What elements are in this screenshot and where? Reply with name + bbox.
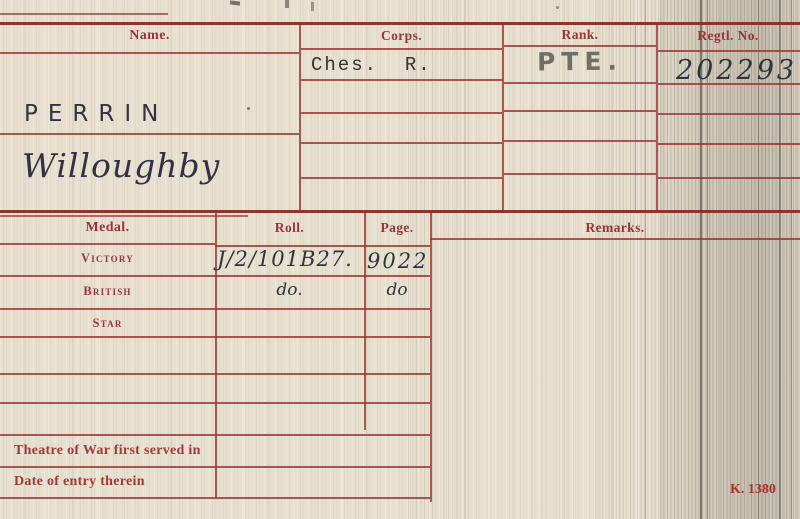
rule-line — [0, 52, 299, 54]
theatre-of-war-label: Theatre of War first served in — [14, 443, 201, 459]
ink-mark — [247, 107, 250, 110]
rule-line — [0, 497, 430, 499]
rule-line — [504, 140, 656, 142]
divider-rank-regtl — [656, 25, 658, 210]
scan-line — [645, 0, 646, 519]
roll-column-header: Roll. — [215, 220, 364, 236]
medal-column-header: Medal. — [0, 220, 215, 236]
medal-row-british: British — [0, 284, 215, 299]
section-divider — [0, 210, 800, 213]
medal-row-star: Star — [0, 316, 215, 331]
rule-line — [0, 373, 430, 375]
divider-page-remarks — [430, 213, 432, 502]
ink-mark — [556, 6, 559, 9]
ink-mark — [285, 0, 289, 8]
roll-value-british: do. — [215, 280, 364, 300]
regtl-no-column-header: Regtl. No. — [656, 28, 800, 44]
rule-line — [0, 13, 168, 15]
page-column-header: Page. — [364, 220, 430, 236]
rule-line — [0, 336, 430, 338]
rule-line — [301, 112, 502, 114]
rule-line — [658, 143, 800, 145]
corps-value: Ches. R. — [311, 54, 432, 76]
ink-mark — [311, 2, 314, 11]
rule-line — [0, 275, 430, 277]
card-top-border — [0, 22, 800, 25]
rule-line — [0, 466, 430, 468]
name-column-header: Name. — [0, 28, 299, 44]
form-reference-code: K. 1380 — [730, 482, 776, 498]
divider-name-corps — [299, 25, 301, 210]
page-value-british: do — [364, 280, 430, 300]
rule-line — [0, 402, 430, 404]
rule-line — [504, 82, 656, 84]
corps-column-header: Corps. — [301, 28, 502, 44]
rule-line — [0, 133, 299, 135]
rule-line — [301, 142, 502, 144]
rule-line — [504, 110, 656, 112]
surname-handwriting: PERRIN — [24, 101, 168, 127]
rank-column-header: Rank. — [504, 27, 656, 43]
scan-streak-band — [595, 0, 663, 519]
medal-row-victory: Victory — [0, 251, 215, 266]
ink-mark — [230, 0, 240, 5]
rule-line — [0, 308, 430, 310]
remarks-column-header: Remarks. — [430, 220, 800, 236]
medal-index-card: Name. Corps. Rank. Regtl. No. Ches. R. P… — [0, 0, 800, 519]
page-value-victory: 9022 — [367, 249, 428, 273]
rule-line — [301, 48, 502, 50]
forename-handwriting: Willoughby — [22, 146, 220, 185]
rule-line — [658, 113, 800, 115]
rule-line — [658, 50, 800, 52]
rule-line — [504, 173, 656, 175]
rule-line — [0, 434, 430, 436]
rule-line — [301, 79, 502, 81]
date-of-entry-label: Date of entry therein — [14, 474, 145, 490]
rule-line — [0, 215, 248, 217]
rule-line — [301, 177, 502, 179]
rule-line — [658, 177, 800, 179]
roll-value-victory: J/2/101B27. — [217, 247, 353, 271]
regtl-no-handwriting: 202293 — [676, 55, 797, 86]
rule-line — [364, 245, 430, 247]
rule-line — [430, 238, 800, 240]
scan-streak-band — [532, 0, 574, 519]
rule-line — [0, 243, 215, 245]
rank-stamp: PTE. — [504, 46, 656, 77]
